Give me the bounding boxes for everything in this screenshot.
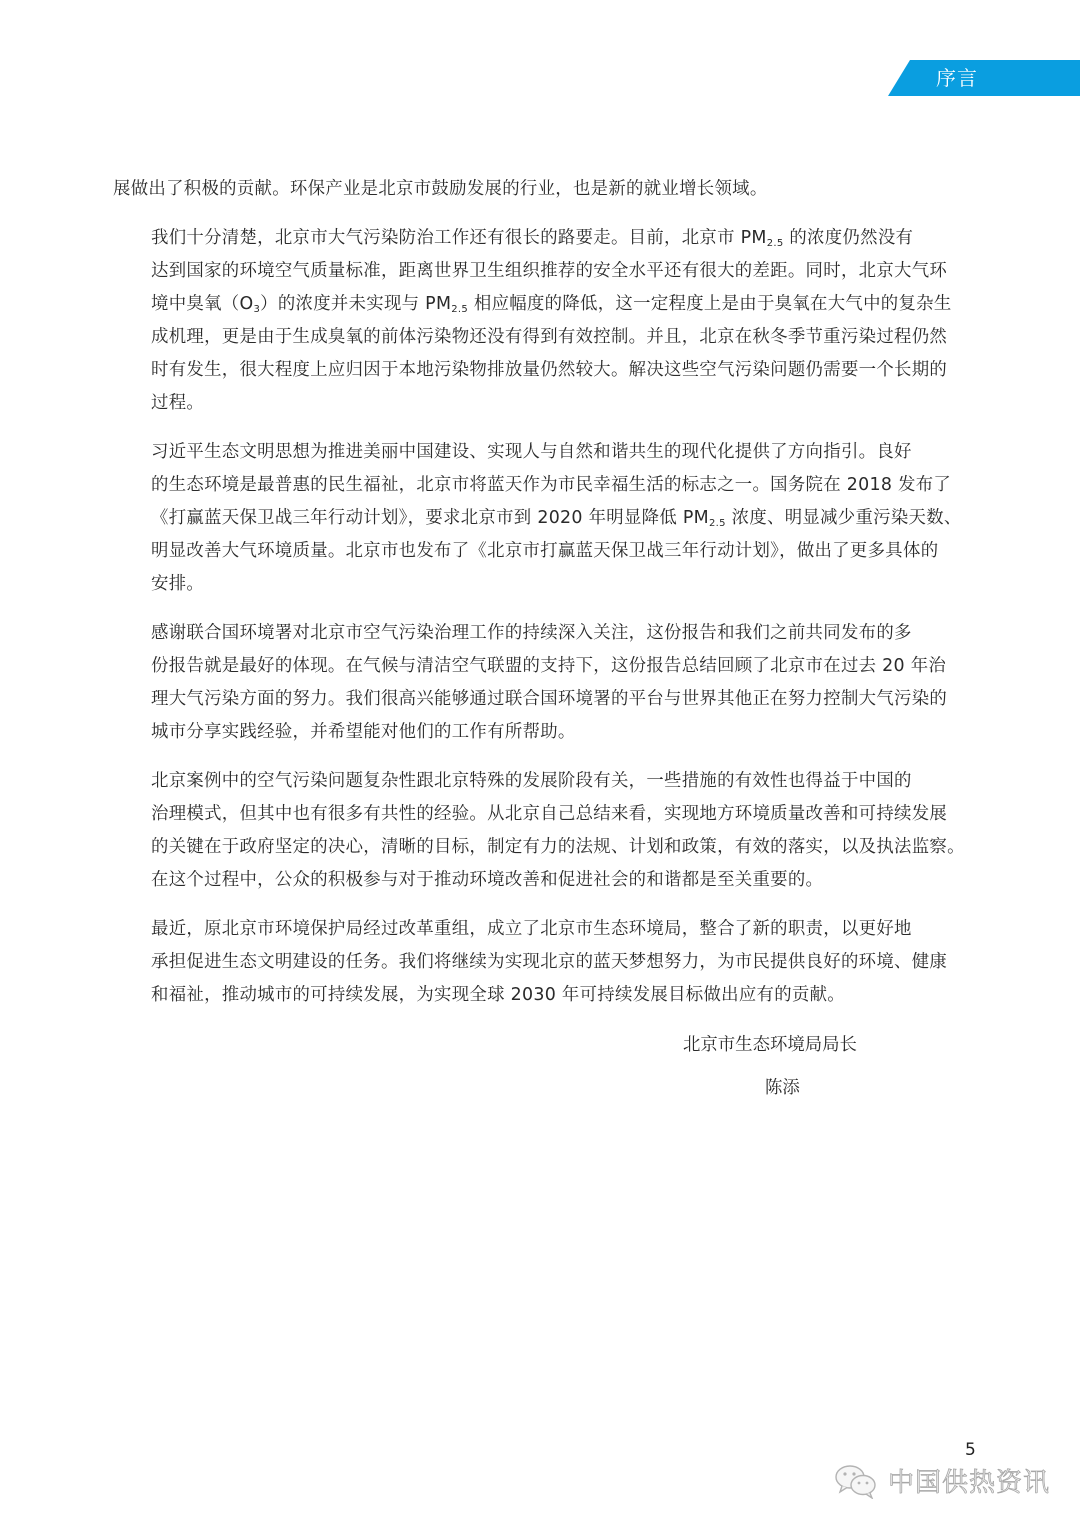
text-line: 明显改善大气环境质量。北京市也发布了《北京市打赢蓝天保卫战三年行动计划》，做出了… [113, 535, 979, 568]
paragraph-2: 我们十分清楚，北京市大气污染防治工作还有很长的路要走。目前，北京市 PM2.5 … [113, 222, 979, 420]
text-line: 和福祉，推动城市的可持续发展，为实现全球 2030 年可持续发展目标做出应有的贡… [113, 979, 979, 1012]
text-line: 《打赢蓝天保卫战三年行动计划》，要求北京市到 2020 年明显降低 PM2.5 … [113, 502, 979, 535]
text-line: 城市分享实践经验，并希望能对他们的工作有所帮助。 [113, 716, 979, 749]
text-line: 展做出了积极的贡献。环保产业是北京市鼓励发展的行业，也是新的就业增长领域。 [113, 173, 979, 206]
text-line: 的关键在于政府坚定的决心，清晰的目标，制定有力的法规、计划和政策，有效的落实，以… [113, 831, 979, 864]
signature-title: 北京市生态环境局局长 [683, 1030, 883, 1060]
page-body: 展做出了积极的贡献。环保产业是北京市鼓励发展的行业，也是新的就业增长领域。 我们… [113, 173, 979, 1028]
section-tab-label: 序言 [936, 66, 978, 90]
text-line: 在这个过程中，公众的积极参与对于推动环境改善和促进社会的和谐都是至关重要的。 [113, 864, 979, 897]
paragraph-4: 感谢联合国环境署对北京市空气污染治理工作的持续深入关注，这份报告和我们之前共同发… [113, 617, 979, 749]
section-tab: 序言 [888, 60, 1080, 96]
text-line: 承担促进生态文明建设的任务。我们将继续为实现北京的蓝天梦想努力，为市民提供良好的… [113, 946, 979, 979]
text-line: 北京案例中的空气污染问题复杂性跟北京特殊的发展阶段有关，一些措施的有效性也得益于… [113, 765, 979, 798]
paragraph-3: 习近平生态文明思想为推进美丽中国建设、实现人与自然和谐共生的现代化提供了方向指引… [113, 436, 979, 601]
wechat-icon [834, 1463, 878, 1499]
signature-block: 北京市生态环境局局长 陈添 [683, 1030, 883, 1103]
text-line: 最近，原北京市环境保护局经过改革重组，成立了北京市生态环境局，整合了新的职责，以… [113, 913, 979, 946]
text-line: 感谢联合国环境署对北京市空气污染治理工作的持续深入关注，这份报告和我们之前共同发… [113, 617, 979, 650]
text-line: 的生态环境是最普惠的民生福祉，北京市将蓝天作为市民幸福生活的标志之一。国务院在 … [113, 469, 979, 502]
text-line: 份报告就是最好的体现。在气候与清洁空气联盟的支持下，这份报告总结回顾了北京市在过… [113, 650, 979, 683]
watermark: 中国供热资讯 [834, 1462, 1050, 1499]
paragraph-5: 北京案例中的空气污染问题复杂性跟北京特殊的发展阶段有关，一些措施的有效性也得益于… [113, 765, 979, 897]
text-line: 达到国家的环境空气质量标准，距离世界卫生组织推荐的安全水平还有很大的差距。同时，… [113, 255, 979, 288]
text-line: 习近平生态文明思想为推进美丽中国建设、实现人与自然和谐共生的现代化提供了方向指引… [113, 436, 979, 469]
text-line: 治理模式，但其中也有很多有共性的经验。从北京自己总结来看，实现地方环境质量改善和… [113, 798, 979, 831]
paragraph-6: 最近，原北京市环境保护局经过改革重组，成立了北京市生态环境局，整合了新的职责，以… [113, 913, 979, 1012]
text-line: 过程。 [113, 387, 979, 420]
text-line: 时有发生，很大程度上应归因于本地污染物排放量仍然较大。解决这些空气污染问题仍需要… [113, 354, 979, 387]
text-line: 安排。 [113, 568, 979, 601]
text-line: 理大气污染方面的努力。我们很高兴能够通过联合国环境署的平台与世界其他正在努力控制… [113, 683, 979, 716]
text-line: 成机理，更是由于生成臭氧的前体污染物还没有得到有效控制。并且，北京在秋冬季节重污… [113, 321, 979, 354]
text-line: 境中臭氧（O3）的浓度并未实现与 PM2.5 相应幅度的降低，这一定程度上是由于… [113, 288, 979, 321]
watermark-text: 中国供热资讯 [888, 1462, 1050, 1499]
paragraph-1: 展做出了积极的贡献。环保产业是北京市鼓励发展的行业，也是新的就业增长领域。 [113, 173, 979, 206]
text-line: 我们十分清楚，北京市大气污染防治工作还有很长的路要走。目前，北京市 PM2.5 … [113, 222, 979, 255]
signature-name: 陈添 [683, 1073, 883, 1103]
page-number: 5 [965, 1440, 976, 1460]
